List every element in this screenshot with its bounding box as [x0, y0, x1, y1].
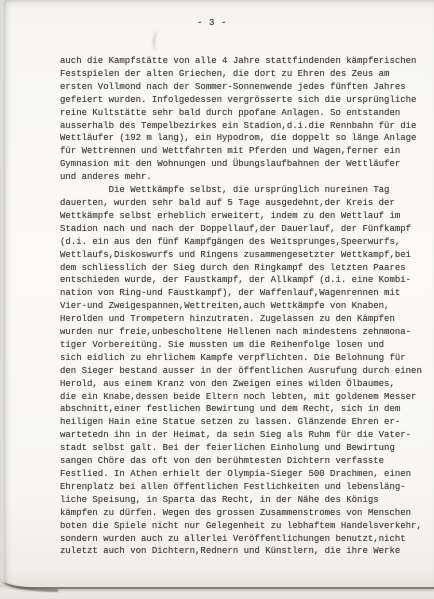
scan-smudge — [152, 30, 165, 51]
page-number: - 3 - — [197, 18, 227, 28]
page-body-text: auch die Kampfstätte von alle 4 Jahre st… — [60, 55, 422, 558]
scanned-page: - 3 - auch die Kampfstätte von alle 4 Ja… — [5, 0, 434, 589]
